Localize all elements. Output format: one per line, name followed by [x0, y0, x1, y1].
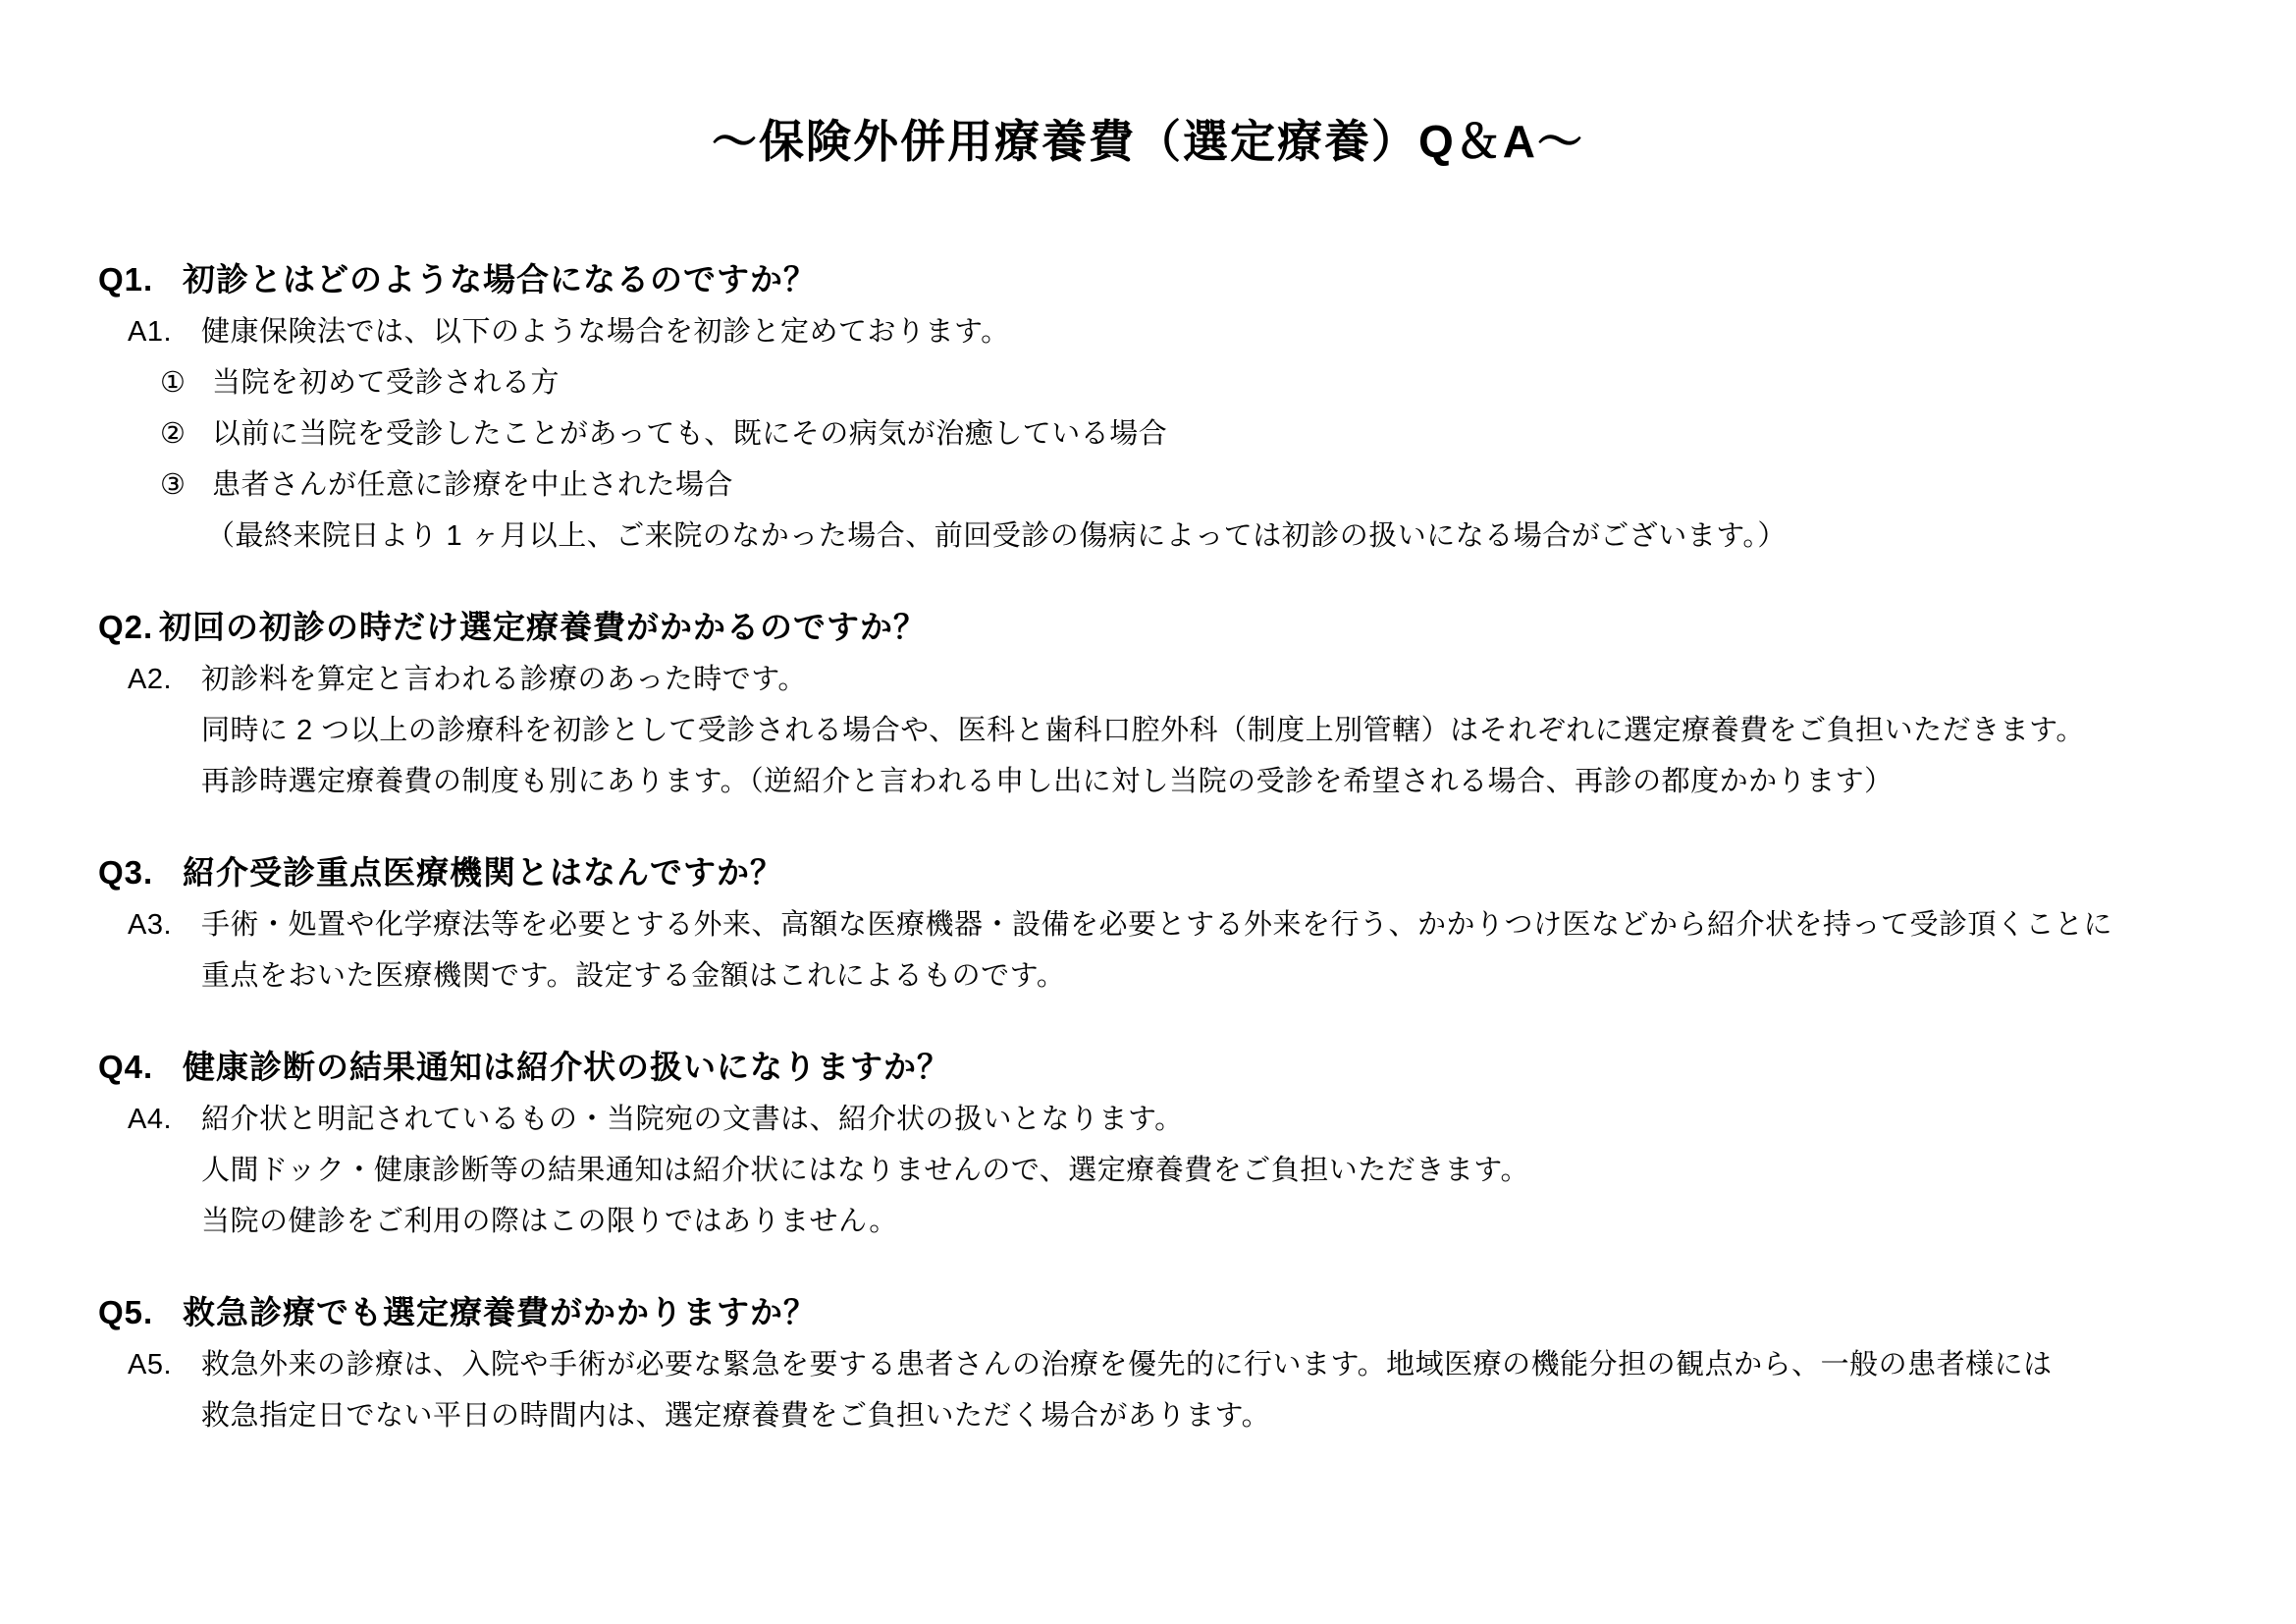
question-text: 初診とはどのような場合になるのですか？	[183, 253, 817, 306]
list-item: ③ 患者さんが任意に診療を中止された場合	[160, 460, 2296, 511]
answer-label: A1.	[128, 306, 201, 357]
question-row: Q2. 初回の初診の時だけ選定療養費がかかるのですか？	[98, 601, 2296, 654]
answer-row: A5. 救急外来の診療は、入院や手術が必要な緊急を要する患者さんの治療を優先的に…	[128, 1339, 2296, 1390]
answer-label: A2.	[128, 654, 201, 705]
answer-continuation-line: 救急指定日でない平日の時間内は、選定療養費をご負担いただく場合があります。	[201, 1390, 2296, 1441]
question-text: 救急診療でも選定療養費がかかりますか？	[183, 1286, 817, 1339]
answer-row: A2. 初診料を算定と言われる診療のあった時です。	[128, 654, 2296, 705]
question-label: Q4.	[98, 1041, 183, 1094]
answer-continuation-line: 人間ドック・健康診断等の結果通知は紹介状にはなりませんので、選定療養費をご負担い…	[201, 1145, 2296, 1196]
answer-label: A3.	[128, 899, 201, 950]
answer-row: A4. 紹介状と明記されているもの・当院宛の文書は、紹介状の扱いとなります。	[128, 1094, 2296, 1145]
question-row: Q5. 救急診療でも選定療養費がかかりますか？	[98, 1286, 2296, 1339]
question-text: 健康診断の結果通知は紹介状の扱いになりますか？	[183, 1041, 950, 1094]
answer-continuation-line: 同時に 2 つ以上の診療科を初診として受診される場合や、医科と歯科口腔外科（制度…	[201, 705, 2296, 756]
question-row: Q3. 紹介受診重点医療機関とはなんですか？	[98, 846, 2296, 899]
answer-continuation-line: 重点をおいた医療機関です。設定する金額はこれによるものです。	[201, 950, 2296, 1001]
qa-section-1: Q1. 初診とはどのような場合になるのですか？ A1. 健康保険法では、以下のよ…	[0, 253, 2296, 562]
item-marker: ②	[160, 408, 212, 460]
item-text: 当院を初めて受診される方	[212, 357, 560, 408]
qa-section-5: Q5. 救急診療でも選定療養費がかかりますか？ A5. 救急外来の診療は、入院や…	[0, 1286, 2296, 1441]
question-label: Q3.	[98, 846, 183, 899]
answer-text: 健康保険法では、以下のような場合を初診と定めております。	[201, 306, 1010, 357]
qa-section-2: Q2. 初回の初診の時だけ選定療養費がかかるのですか？ A2. 初診料を算定と言…	[0, 601, 2296, 807]
list-item: ② 以前に当院を受診したことがあっても、既にその病気が治癒している場合	[160, 408, 2296, 460]
question-label: Q2.	[98, 601, 159, 654]
qa-section-3: Q3. 紹介受診重点医療機関とはなんですか？ A3. 手術・処置や化学療法等を必…	[0, 846, 2296, 1001]
answer-continuation-line: 再診時選定療養費の制度も別にあります。（逆紹介と言われる申し出に対し当院の受診を…	[201, 756, 2296, 807]
question-row: Q4. 健康診断の結果通知は紹介状の扱いになりますか？	[98, 1041, 2296, 1094]
question-text: 初回の初診の時だけ選定療養費がかかるのですか？	[159, 601, 927, 654]
answer-text: 救急外来の診療は、入院や手術が必要な緊急を要する患者さんの治療を優先的に行います…	[201, 1339, 2053, 1390]
list-item: ① 当院を初めて受診される方	[160, 357, 2296, 408]
item-marker: ①	[160, 357, 212, 408]
answer-label: A4.	[128, 1094, 201, 1145]
answer-text: 初診料を算定と言われる診療のあった時です。	[201, 654, 807, 705]
item-text: 以前に当院を受診したことがあっても、既にその病気が治癒している場合	[212, 408, 1167, 460]
note-line: （最終来院日より 1 ヶ月以上、ご来院のなかった場合、前回受診の傷病によっては初…	[206, 511, 2296, 562]
answer-label: A5.	[128, 1339, 201, 1390]
question-label: Q1.	[98, 253, 183, 306]
document-title: ～保険外併用療養費（選定療養）Q＆A～	[0, 0, 2296, 169]
question-text: 紹介受診重点医療機関とはなんですか？	[183, 846, 783, 899]
item-text: 患者さんが任意に診療を中止された場合	[212, 460, 733, 511]
item-marker: ③	[160, 460, 212, 511]
answer-text: 手術・処置や化学療法等を必要とする外来、高額な医療機器・設備を必要とする外来を行…	[201, 899, 2112, 950]
question-label: Q5.	[98, 1286, 183, 1339]
qa-document-page: ～保険外併用療養費（選定療養）Q＆A～ Q1. 初診とはどのような場合になるので…	[0, 0, 2296, 1624]
answer-text: 紹介状と明記されているもの・当院宛の文書は、紹介状の扱いとなります。	[201, 1094, 1184, 1145]
question-row: Q1. 初診とはどのような場合になるのですか？	[98, 253, 2296, 306]
answer-continuation-line: 当院の健診をご利用の際はこの限りではありません。	[201, 1196, 2296, 1247]
answer-row: A1. 健康保険法では、以下のような場合を初診と定めております。	[128, 306, 2296, 357]
qa-section-4: Q4. 健康診断の結果通知は紹介状の扱いになりますか？ A4. 紹介状と明記され…	[0, 1041, 2296, 1247]
answer-row: A3. 手術・処置や化学療法等を必要とする外来、高額な医療機器・設備を必要とする…	[128, 899, 2296, 950]
